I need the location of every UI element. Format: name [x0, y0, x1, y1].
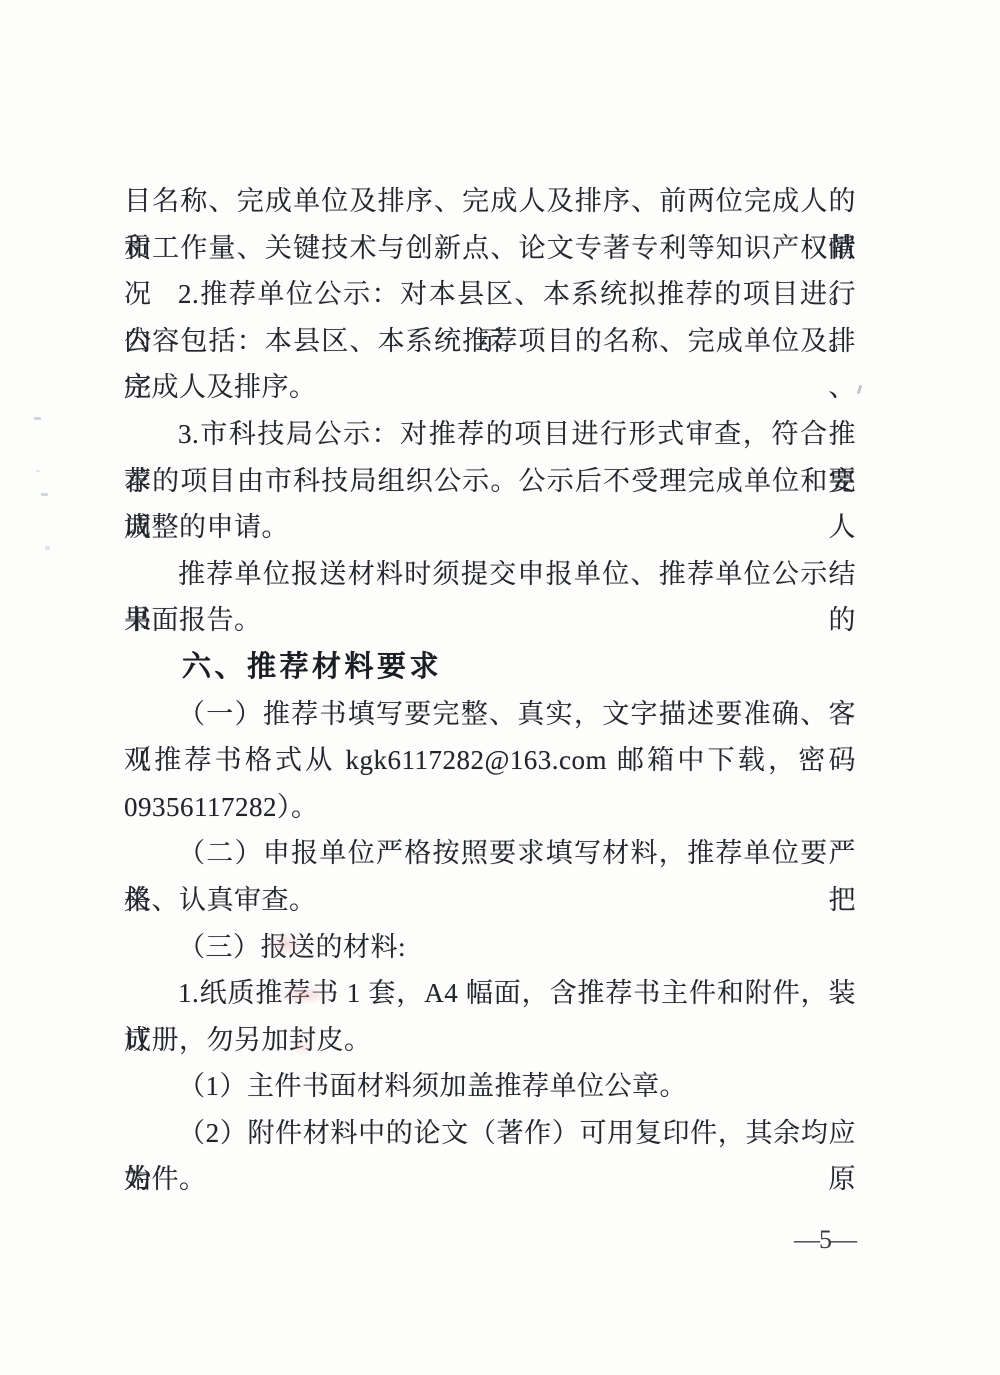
text-line-email: （推荐书格式从 kgk6117282@163.com 邮箱中下载，密码: [124, 737, 856, 784]
text-line: （一）推荐书填写要完整、真实，文字描述要准确、客观: [124, 691, 856, 738]
text-line: （二）申报单位严格按照要求填写材料，推荐单位要严格把: [124, 830, 856, 877]
text-line: 推荐单位报送材料时须提交申报单位、推荐单位公示结果的: [124, 551, 856, 598]
scan-smudge: [292, 1040, 314, 1056]
scan-smudge: [268, 932, 304, 956]
scan-speck: [45, 546, 50, 550]
text-line-password: 09356117282）。: [124, 784, 856, 831]
scan-smudge: [278, 985, 330, 1005]
text-line: （2）附件材料中的论文（著作）可用复印件，其余均应为原: [124, 1110, 856, 1157]
scan-speck: [34, 417, 41, 420]
text-line: 2.推荐单位公示：对本县区、本系统拟推荐的项目进行公示。: [124, 271, 856, 318]
text-line: 目名称、完成单位及排序、完成人及排序、前两位完成人的贡献: [124, 178, 856, 225]
scan-speck: [41, 493, 48, 496]
text-line: 成册，勿另加封皮。: [124, 1017, 856, 1064]
text-line: （三）报送的材料:: [124, 924, 856, 971]
text-line: 求的项目由市科技局组织公示。公示后不受理完成单位和完成人: [124, 458, 856, 505]
section-heading: 六、推荐材料要求: [124, 644, 856, 691]
scan-speck: [36, 470, 40, 472]
scanned-document-page: 目名称、完成单位及排序、完成人及排序、前两位完成人的贡献 和工作量、关键技术与创…: [0, 0, 1000, 1375]
text-line: 3.市科技局公示：对推荐的项目进行形式审查，符合推荐要: [124, 411, 856, 458]
text-line: 内容包括：本县区、本系统推荐项目的名称、完成单位及排序、: [124, 318, 856, 365]
scan-tick: [857, 385, 863, 394]
text-line: 和工作量、关键技术与创新点、论文专著专利等知识产权情况。: [124, 225, 856, 272]
document-body: 目名称、完成单位及排序、完成人及排序、前两位完成人的贡献 和工作量、关键技术与创…: [124, 178, 856, 1203]
text-line: （1）主件书面材料须加盖推荐单位公章。: [124, 1063, 856, 1110]
text-line: 1.纸质推荐书 1 套，A4 幅面，含推荐书主件和附件，装订: [124, 970, 856, 1017]
page-number: —5—: [770, 1225, 880, 1255]
